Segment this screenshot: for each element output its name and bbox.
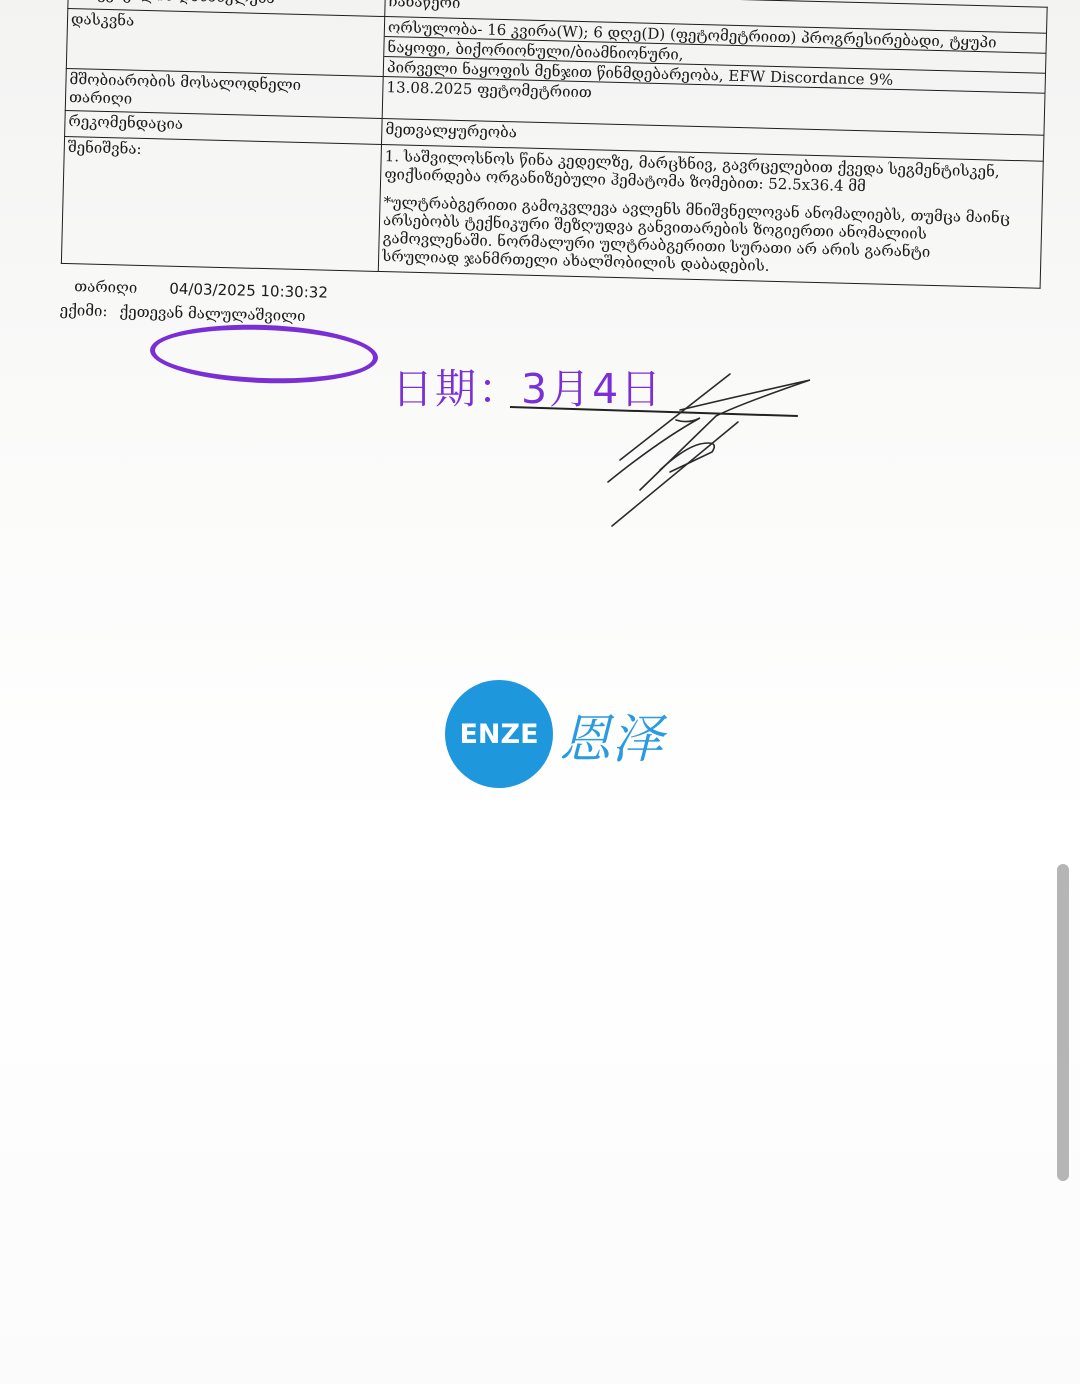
logo-circle: ENZE	[445, 680, 553, 788]
conclusion-label: დასკვნა	[66, 9, 385, 77]
logo-chinese-text: 恩泽	[559, 697, 663, 772]
ultrasound-report: მაჩვენებლის დასახელება ჩანაწერი დასკვნა …	[59, 0, 1047, 347]
vertical-scrollbar[interactable]	[1057, 864, 1069, 1181]
doctor-name: ქეთევან მალულაშვილი	[119, 299, 306, 328]
doctor-label: ექიმი:	[59, 298, 107, 323]
document-page: მაჩვენებლის დასახელება ჩანაწერი დასკვნა …	[0, 0, 1080, 1384]
note-label: შენიშვნა:	[61, 136, 381, 271]
note-disclaimer: *ულტრაბგერითი გამოკვლევა ავლენს მნიშვნელ…	[379, 189, 1042, 288]
date-highlight-ellipse	[149, 321, 379, 387]
date-label: თარიღი	[74, 274, 138, 300]
table-row-note: შენიშვნა: 1. საშვილოსნოს წინა კედელზე, მ…	[61, 136, 1043, 288]
signature-icon	[600, 360, 830, 540]
enze-watermark-logo: ENZE 恩泽	[445, 680, 663, 788]
report-table: მაჩვენებლის დასახელება ჩანაწერი დასკვნა …	[61, 0, 1048, 289]
